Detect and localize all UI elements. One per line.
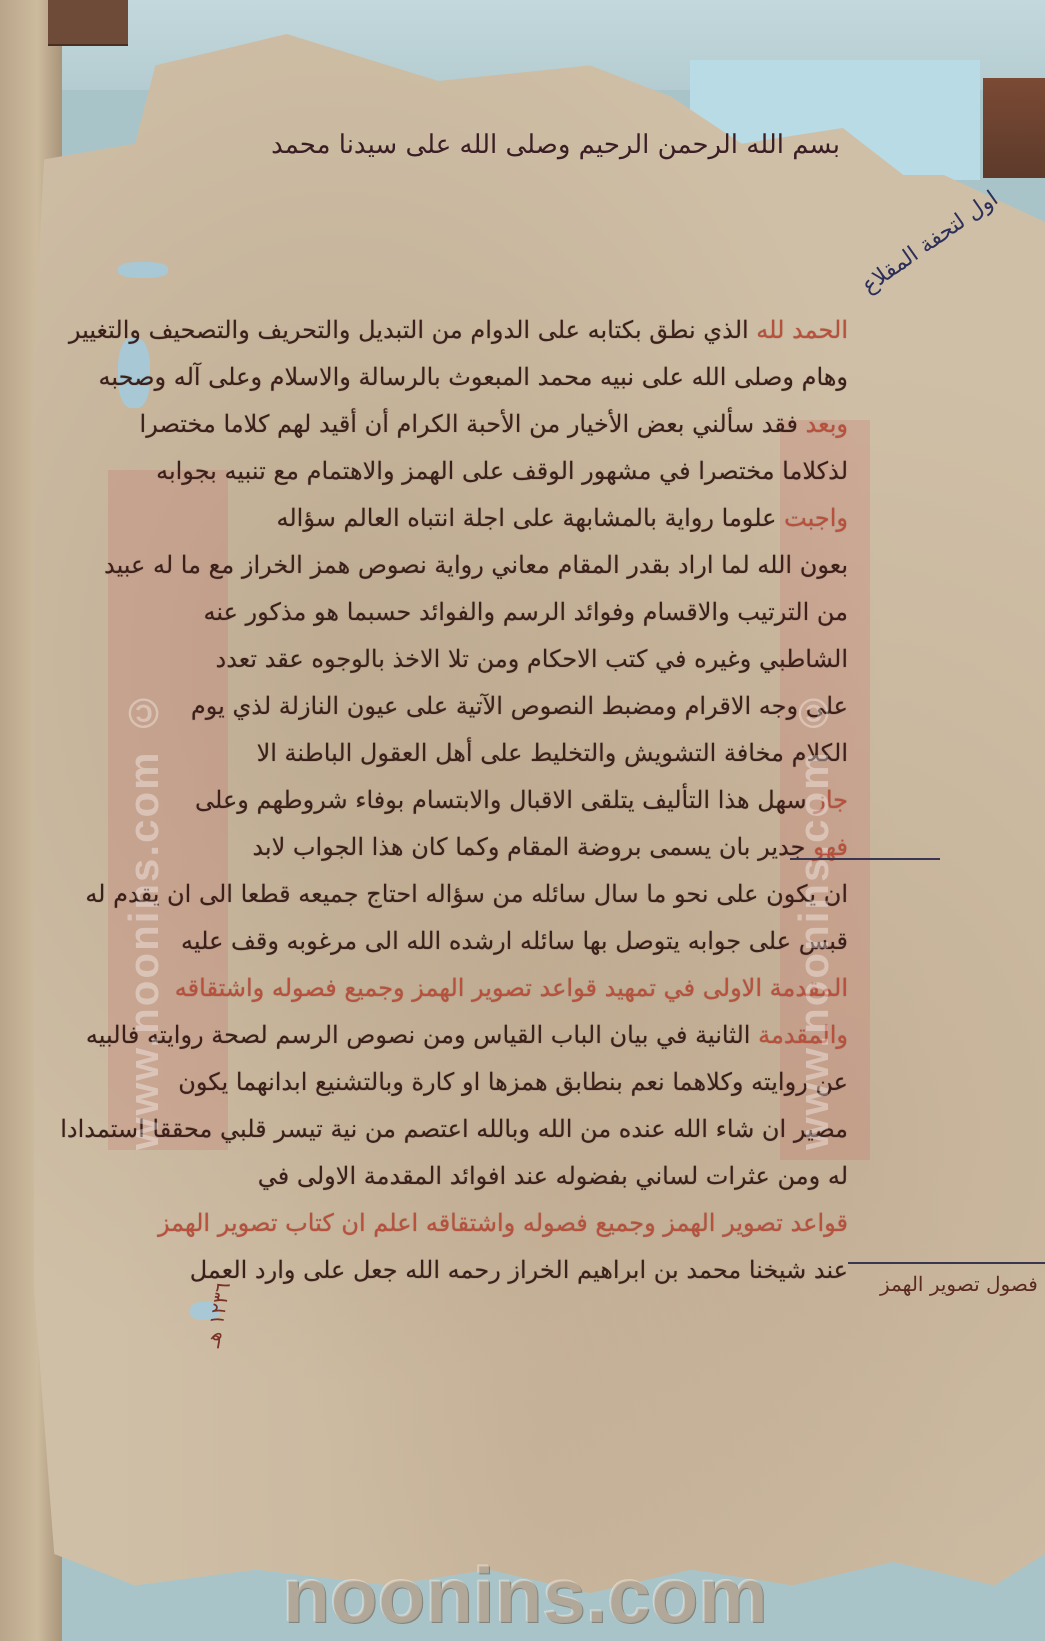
text-line: فهو جدير بان يسمى بروضة المقام وكما كان … [48, 827, 848, 867]
text-line: واجبت علوما رواية بالمشابهة على اجلة انت… [48, 498, 848, 538]
right-wood-block [983, 78, 1045, 178]
margin-reference-line [848, 1262, 1045, 1264]
text-line: له ومن عثرات لساني بفضوله عند افوائد الم… [48, 1156, 848, 1196]
manuscript-heading: بسم الله الرحمن الرحيم وصلى الله على سيد… [220, 130, 840, 160]
text-line: بعون الله لما اراد بقدر المقام معاني روا… [48, 545, 848, 585]
top-left-wood-block [48, 0, 128, 46]
text-line: الحمد لله الذي نطق بكتابه على الدوام من … [48, 310, 848, 350]
text-line: المقدمة الاولى في تمهيد قواعد تصوير الهم… [48, 968, 848, 1008]
text-line: عند شيخنا محمد بن ابراهيم الخراز رحمه ال… [48, 1250, 848, 1290]
text-line: وبعد فقد سألني بعض الأخيار من الأحبة الك… [48, 404, 848, 444]
text-line: مصير ان شاء الله عنده من الله وبالله اعت… [48, 1109, 848, 1149]
text-line: قواعد تصوير الهمز وجميع فصوله واشتقاقه ا… [48, 1203, 848, 1243]
text-line: الكلام مخافة التشويش والتخليط على أهل ال… [48, 733, 848, 773]
text-line: وهام وصلى الله على نبيه محمد المبعوث بال… [48, 357, 848, 397]
text-line: الشاطبي وغيره في كتب الاحكام ومن تلا الا… [48, 639, 848, 679]
text-line: والمقدمة الثانية في بيان الباب القياس وم… [48, 1015, 848, 1055]
text-line: عن روايته وكلاهما نعم بنطابق همزها او كا… [48, 1062, 848, 1102]
text-line: ان يكون على نحو ما سال سائله من سؤاله اح… [48, 874, 848, 914]
watermark-vertical-left: www.noonins.com © [120, 470, 168, 1150]
text-line: جاز سهل هذا التأليف يتلقى الاقبال والابت… [48, 780, 848, 820]
text-line: لذكلاما مختصرا في مشهور الوقف على الهمز … [48, 451, 848, 491]
text-line: من الترتيب والاقسام وفوائد الرسم والفوائ… [48, 592, 848, 632]
text-line: قبس على جوابه يتوصل بها سائله ارشده الله… [48, 921, 848, 961]
paper-hole [118, 262, 168, 278]
left-margin-note: فصول تصوير الهمز [880, 1272, 1038, 1296]
text-line: على وجه الاقرام ومضبط النصوص الآتية على … [48, 686, 848, 726]
manuscript-body: الحمد لله الذي نطق بكتابه على الدوام من … [48, 310, 848, 1297]
watermark-vertical-right: www.noonins.com © [790, 430, 838, 1150]
watermark-bottom: noonins.com [215, 1550, 835, 1641]
